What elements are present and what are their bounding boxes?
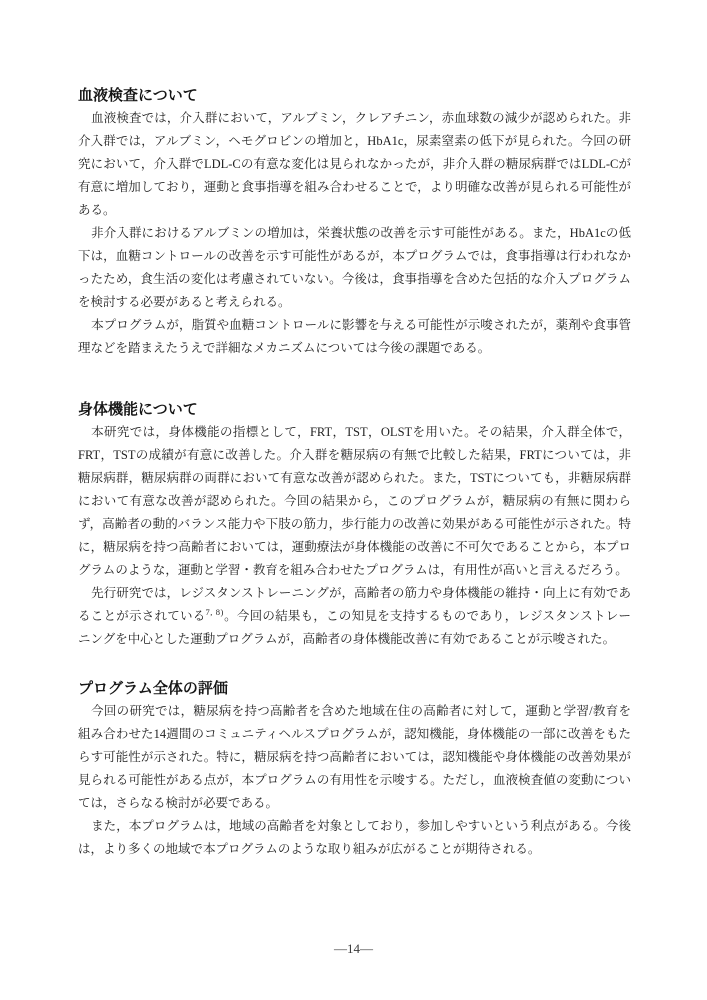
- section-program-evaluation: プログラム全体の評価 今回の研究では，糖尿病を持つ高齢者を含めた地域在住の高齢者…: [78, 677, 631, 861]
- section-heading-physical-function: 身体機能について: [78, 398, 631, 421]
- paragraph: 非介入群におけるアルブミンの増加は，栄養状態の改善を示す可能性がある。また，Hb…: [78, 222, 631, 314]
- section-heading-program-evaluation: プログラム全体の評価: [78, 677, 631, 700]
- paragraph: また，本プログラムは，地域の高齢者を対象としており，参加しやすいという利点がある…: [78, 815, 631, 861]
- section-blood-test: 血液検査について 血液検査では，介入群において，アルブミン，クレアチニン，赤血球…: [78, 84, 631, 360]
- paragraph-with-citation: 先行研究では，レジスタンストレーニングが，高齢者の筋力や身体機能の維持・向上に有…: [78, 582, 631, 651]
- section-physical-function: 身体機能について 本研究では，身体機能の指標として，FRT，TST，OLSTを用…: [78, 398, 631, 651]
- paragraph: 本研究では，身体機能の指標として，FRT，TST，OLSTを用いた。その結果，介…: [78, 421, 631, 582]
- paragraph: 血液検査では，介入群において，アルブミン，クレアチニン，赤血球数の減少が認められ…: [78, 107, 631, 222]
- document-page: 血液検査について 血液検査では，介入群において，アルブミン，クレアチニン，赤血球…: [0, 0, 707, 1000]
- section-heading-blood-test: 血液検査について: [78, 84, 631, 107]
- page-number: —14—: [0, 941, 707, 957]
- citation-superscript: 7, 8): [206, 607, 224, 617]
- paragraph: 今回の研究では，糖尿病を持つ高齢者を含めた地域在住の高齢者に対して，運動と学習/…: [78, 700, 631, 815]
- paragraph: 本プログラムが，脂質や血糖コントロールに影響を与える可能性が示唆されたが，薬剤や…: [78, 314, 631, 360]
